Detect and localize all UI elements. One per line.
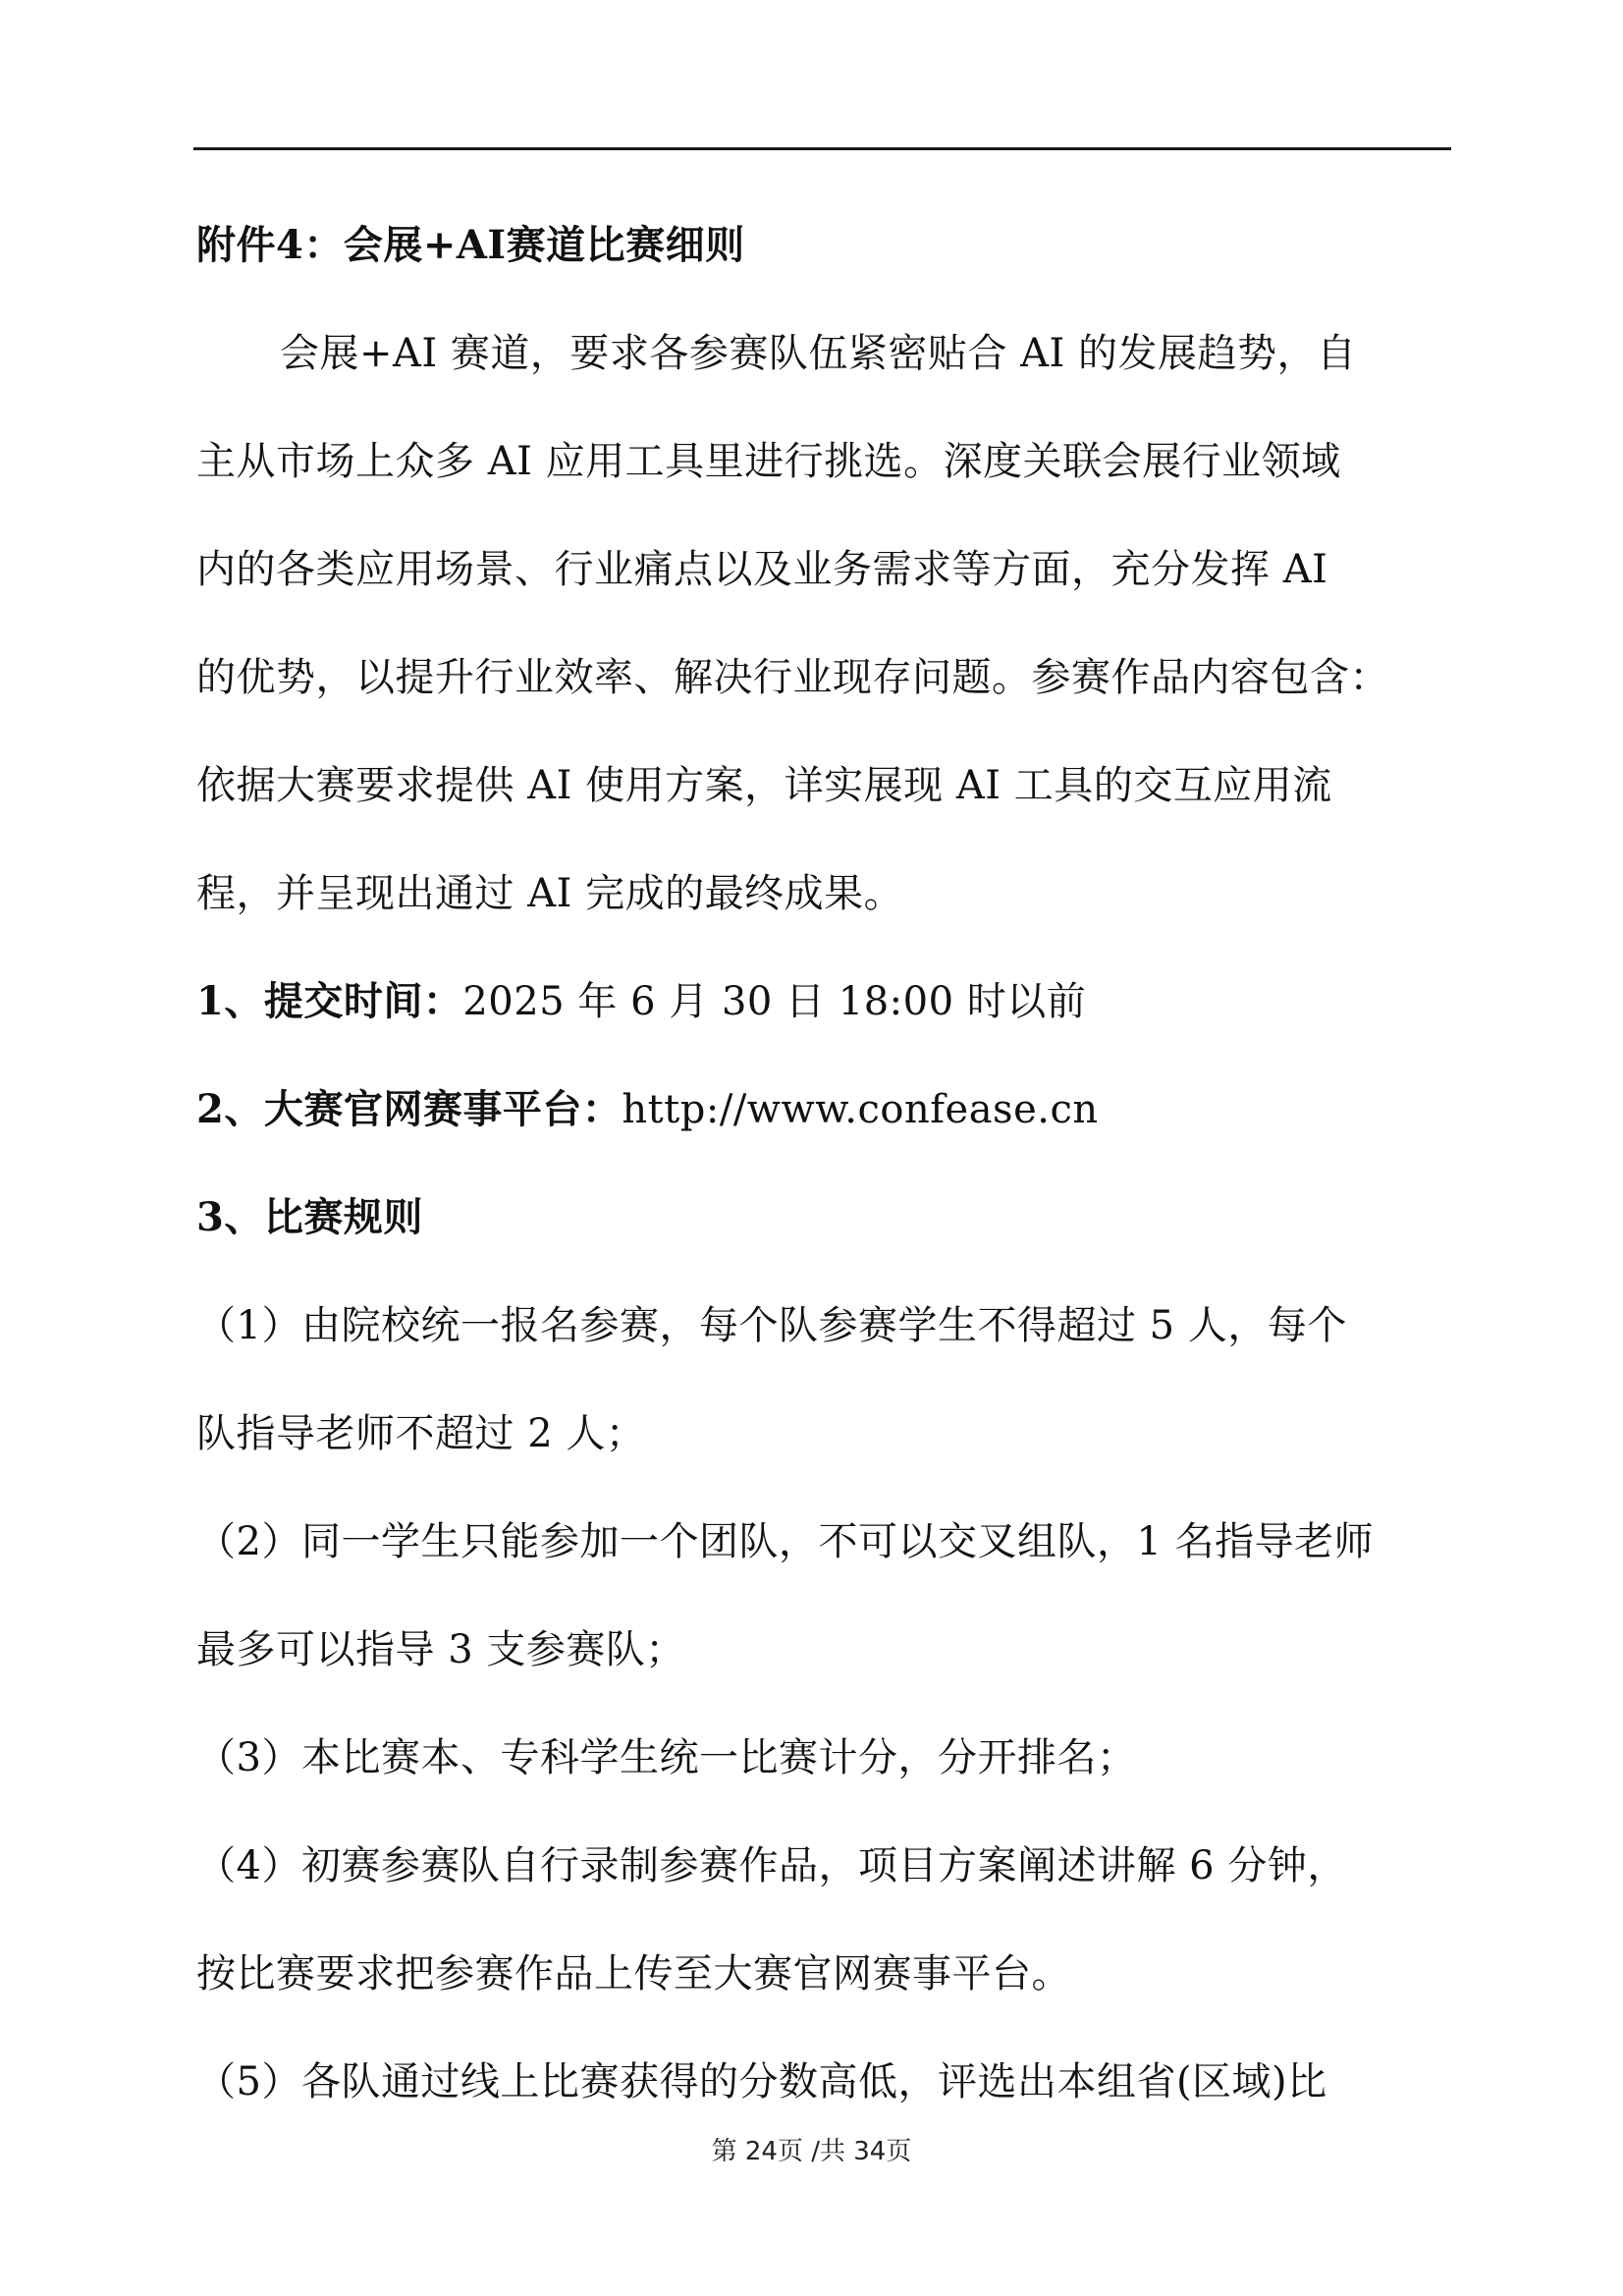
document-title: 附件4：会展+AI赛道比赛细则: [196, 216, 1453, 275]
rule-1-line-1: （1）由院校统一报名参赛，每个队参赛学生不得超过 5 人，每个: [196, 1296, 1453, 1355]
document-page: 附件4：会展+AI赛道比赛细则 会展+AI 赛道，要求各参赛队伍紧密贴合 AI …: [0, 0, 1623, 2296]
intro-line-6: 程，并呈现出通过 AI 完成的最终成果。: [196, 864, 1453, 923]
platform-url-link[interactable]: http://www.confease.cn: [622, 1087, 1098, 1132]
rule-5-line-1: （5）各队通过线上比赛获得的分数高低，评选出本组省(区域)比: [196, 2052, 1453, 2111]
platform-label: 2、大赛官网赛事平台：: [196, 1086, 622, 1132]
rule-2-line-2: 最多可以指导 3 支参赛队；: [196, 1620, 1453, 1679]
rule-1-line-2: 队指导老师不超过 2 人；: [196, 1404, 1453, 1463]
item-submission-time: 1、提交时间：2025 年 6 月 30 日 18:00 时以前: [196, 972, 1453, 1031]
rule-3-line-1: （3）本比赛本、专科学生统一比赛计分，分开排名；: [196, 1728, 1453, 1787]
rule-4-line-1: （4）初赛参赛队自行录制参赛作品，项目方案阐述讲解 6 分钟，: [196, 1836, 1453, 1895]
submission-time-label: 1、提交时间：: [196, 978, 462, 1024]
item-platform: 2、大赛官网赛事平台：http://www.confease.cn: [196, 1080, 1453, 1139]
intro-line-2: 主从市场上众多 AI 应用工具里进行挑选。深度关联会展行业领域: [196, 432, 1453, 491]
intro-line-1: 会展+AI 赛道，要求各参赛队伍紧密贴合 AI 的发展趋势，自: [280, 324, 1453, 383]
submission-time-value: 2025 年 6 月 30 日 18:00 时以前: [462, 979, 1086, 1024]
intro-line-3: 内的各类应用场景、行业痛点以及业务需求等方面，充分发挥 AI: [196, 540, 1453, 599]
intro-line-4: 的优势，以提升行业效率、解决行业现存问题。参赛作品内容包含：: [196, 648, 1453, 707]
item-rules-heading: 3、比赛规则: [196, 1188, 1453, 1247]
rule-2-line-1: （2）同一学生只能参加一个团队，不可以交叉组队，1 名指导老师: [196, 1512, 1453, 1571]
header-rule: [193, 147, 1451, 150]
page-number-footer: 第 24页 /共 34页: [0, 2131, 1623, 2167]
rule-4-line-2: 按比赛要求把参赛作品上传至大赛官网赛事平台。: [196, 1944, 1453, 2003]
intro-line-5: 依据大赛要求提供 AI 使用方案，详实展现 AI 工具的交互应用流: [196, 756, 1453, 815]
